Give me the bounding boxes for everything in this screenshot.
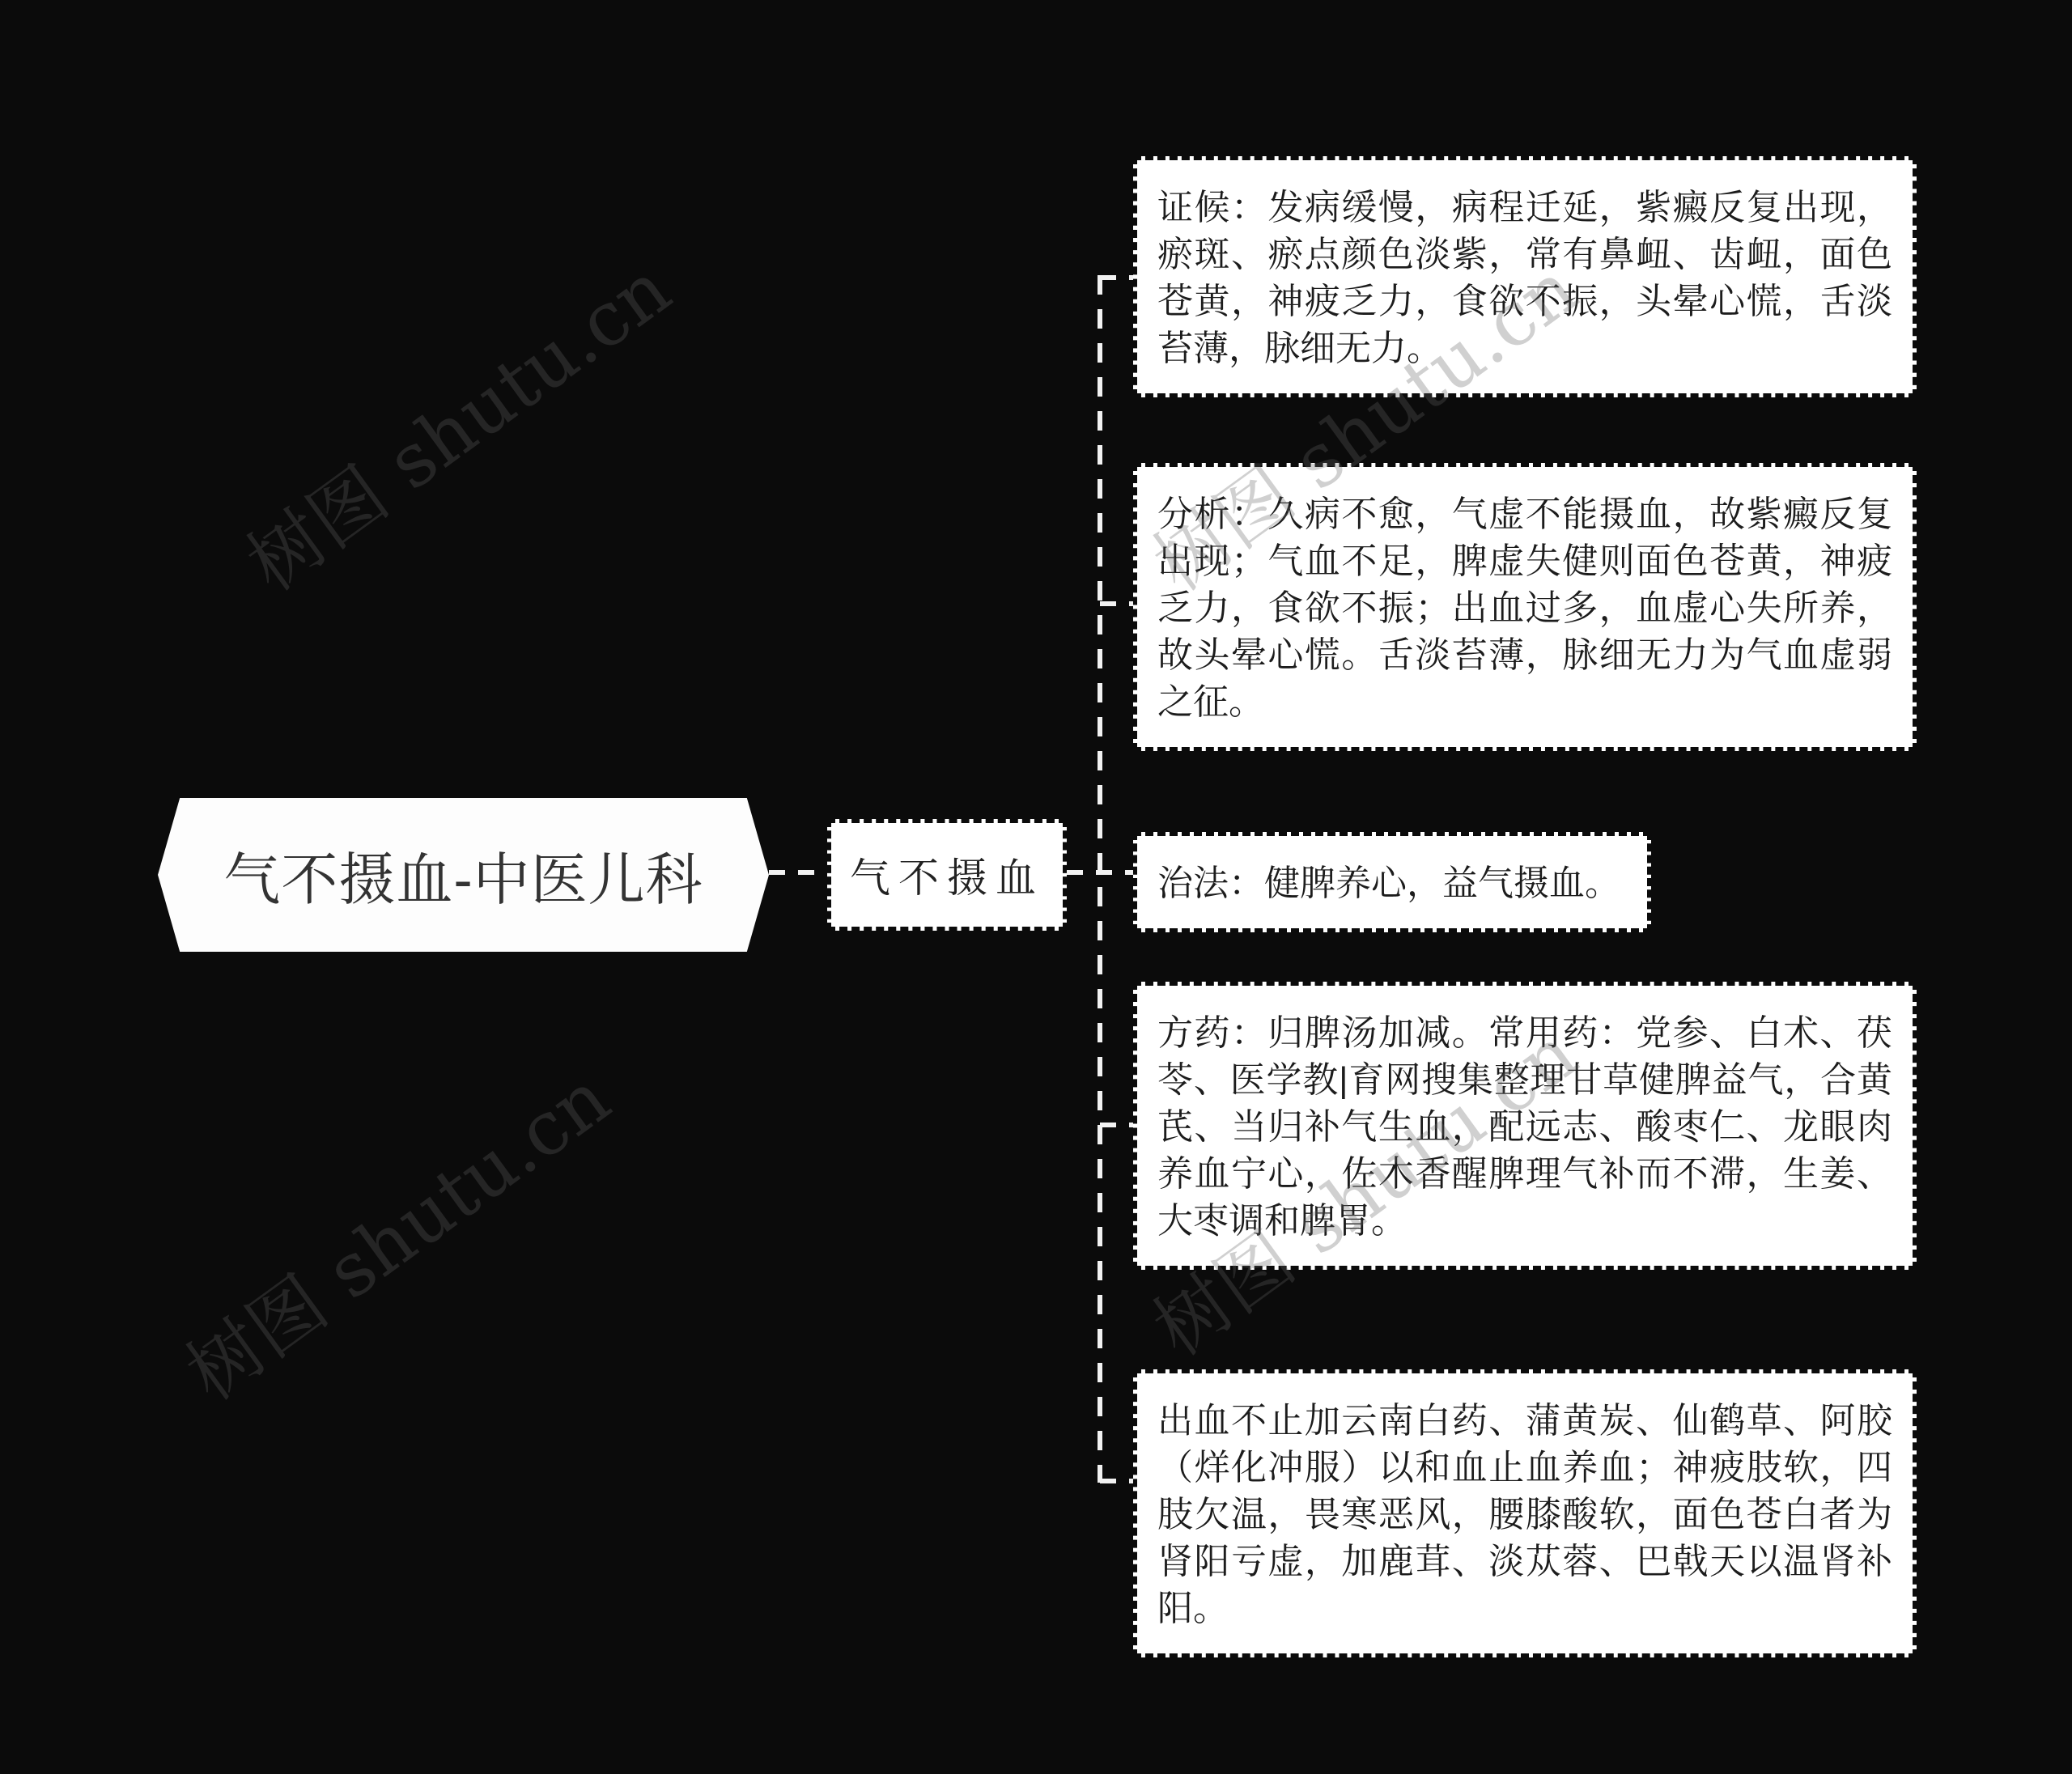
branch-node-treatment[interactable]: 治法：健脾养心，益气摄血。 <box>1133 832 1651 932</box>
connector-root-to-center <box>769 870 827 875</box>
connector-trunk <box>1098 275 1102 1483</box>
branch-node-symptoms[interactable]: 证候：发病缓慢，病程迁延，紫癜反复出现，瘀斑、瘀点颜色淡紫，常有鼻衄、齿衄，面色… <box>1133 156 1917 397</box>
connector-branch-5 <box>1100 1479 1133 1483</box>
branch-node-analysis[interactable]: 分析：久病不愈，气虚不能摄血，故紫癜反复出现；气血不足，脾虚失健则面色苍黄，神疲… <box>1133 463 1917 751</box>
branch-node-modifications-text: 出血不止加云南白药、蒲黄炭、仙鹤草、阿胶（烊化冲服）以和血止血养血；神疲肢软，四… <box>1157 1401 1892 1628</box>
mindmap-canvas: 气不摄血-中医儿科 气不摄血 证候：发病缓慢，病程迁延，紫癜反复出现，瘀斑、瘀点… <box>0 0 2072 1774</box>
connector-branch-4 <box>1100 1123 1133 1127</box>
branch-node-prescription-text: 方药：归脾汤加减。常用药：党参、白术、茯苓、医学教|育网搜集整理甘草健脾益气，合… <box>1157 1013 1892 1241</box>
branch-node-prescription[interactable]: 方药：归脾汤加减。常用药：党参、白术、茯苓、医学教|育网搜集整理甘草健脾益气，合… <box>1133 982 1917 1270</box>
center-topic-label: 气不摄血 <box>850 846 1044 904</box>
branch-node-symptoms-text: 证候：发病缓慢，病程迁延，紫癜反复出现，瘀斑、瘀点颜色淡紫，常有鼻衄、齿衄，面色… <box>1157 188 1892 368</box>
branch-node-analysis-text: 分析：久病不愈，气虚不能摄血，故紫癜反复出现；气血不足，脾虚失健则面色苍黄，神疲… <box>1157 494 1892 722</box>
watermark-top-left: 树图 shutu.cn <box>223 232 688 611</box>
connector-branch-1 <box>1100 275 1133 280</box>
center-topic-node[interactable]: 气不摄血 <box>827 819 1067 931</box>
root-node-title[interactable]: 气不摄血-中医儿科 <box>158 798 769 952</box>
root-node-label: 气不摄血-中医儿科 <box>223 834 703 916</box>
branch-node-treatment-text: 治法：健脾养心，益气摄血。 <box>1157 864 1620 903</box>
watermark-bottom-left: 树图 shutu.cn <box>162 1042 627 1420</box>
connector-branch-2 <box>1100 601 1133 606</box>
branch-node-modifications[interactable]: 出血不止加云南白药、蒲黄炭、仙鹤草、阿胶（烊化冲服）以和血止血养血；神疲肢软，四… <box>1133 1369 1917 1657</box>
